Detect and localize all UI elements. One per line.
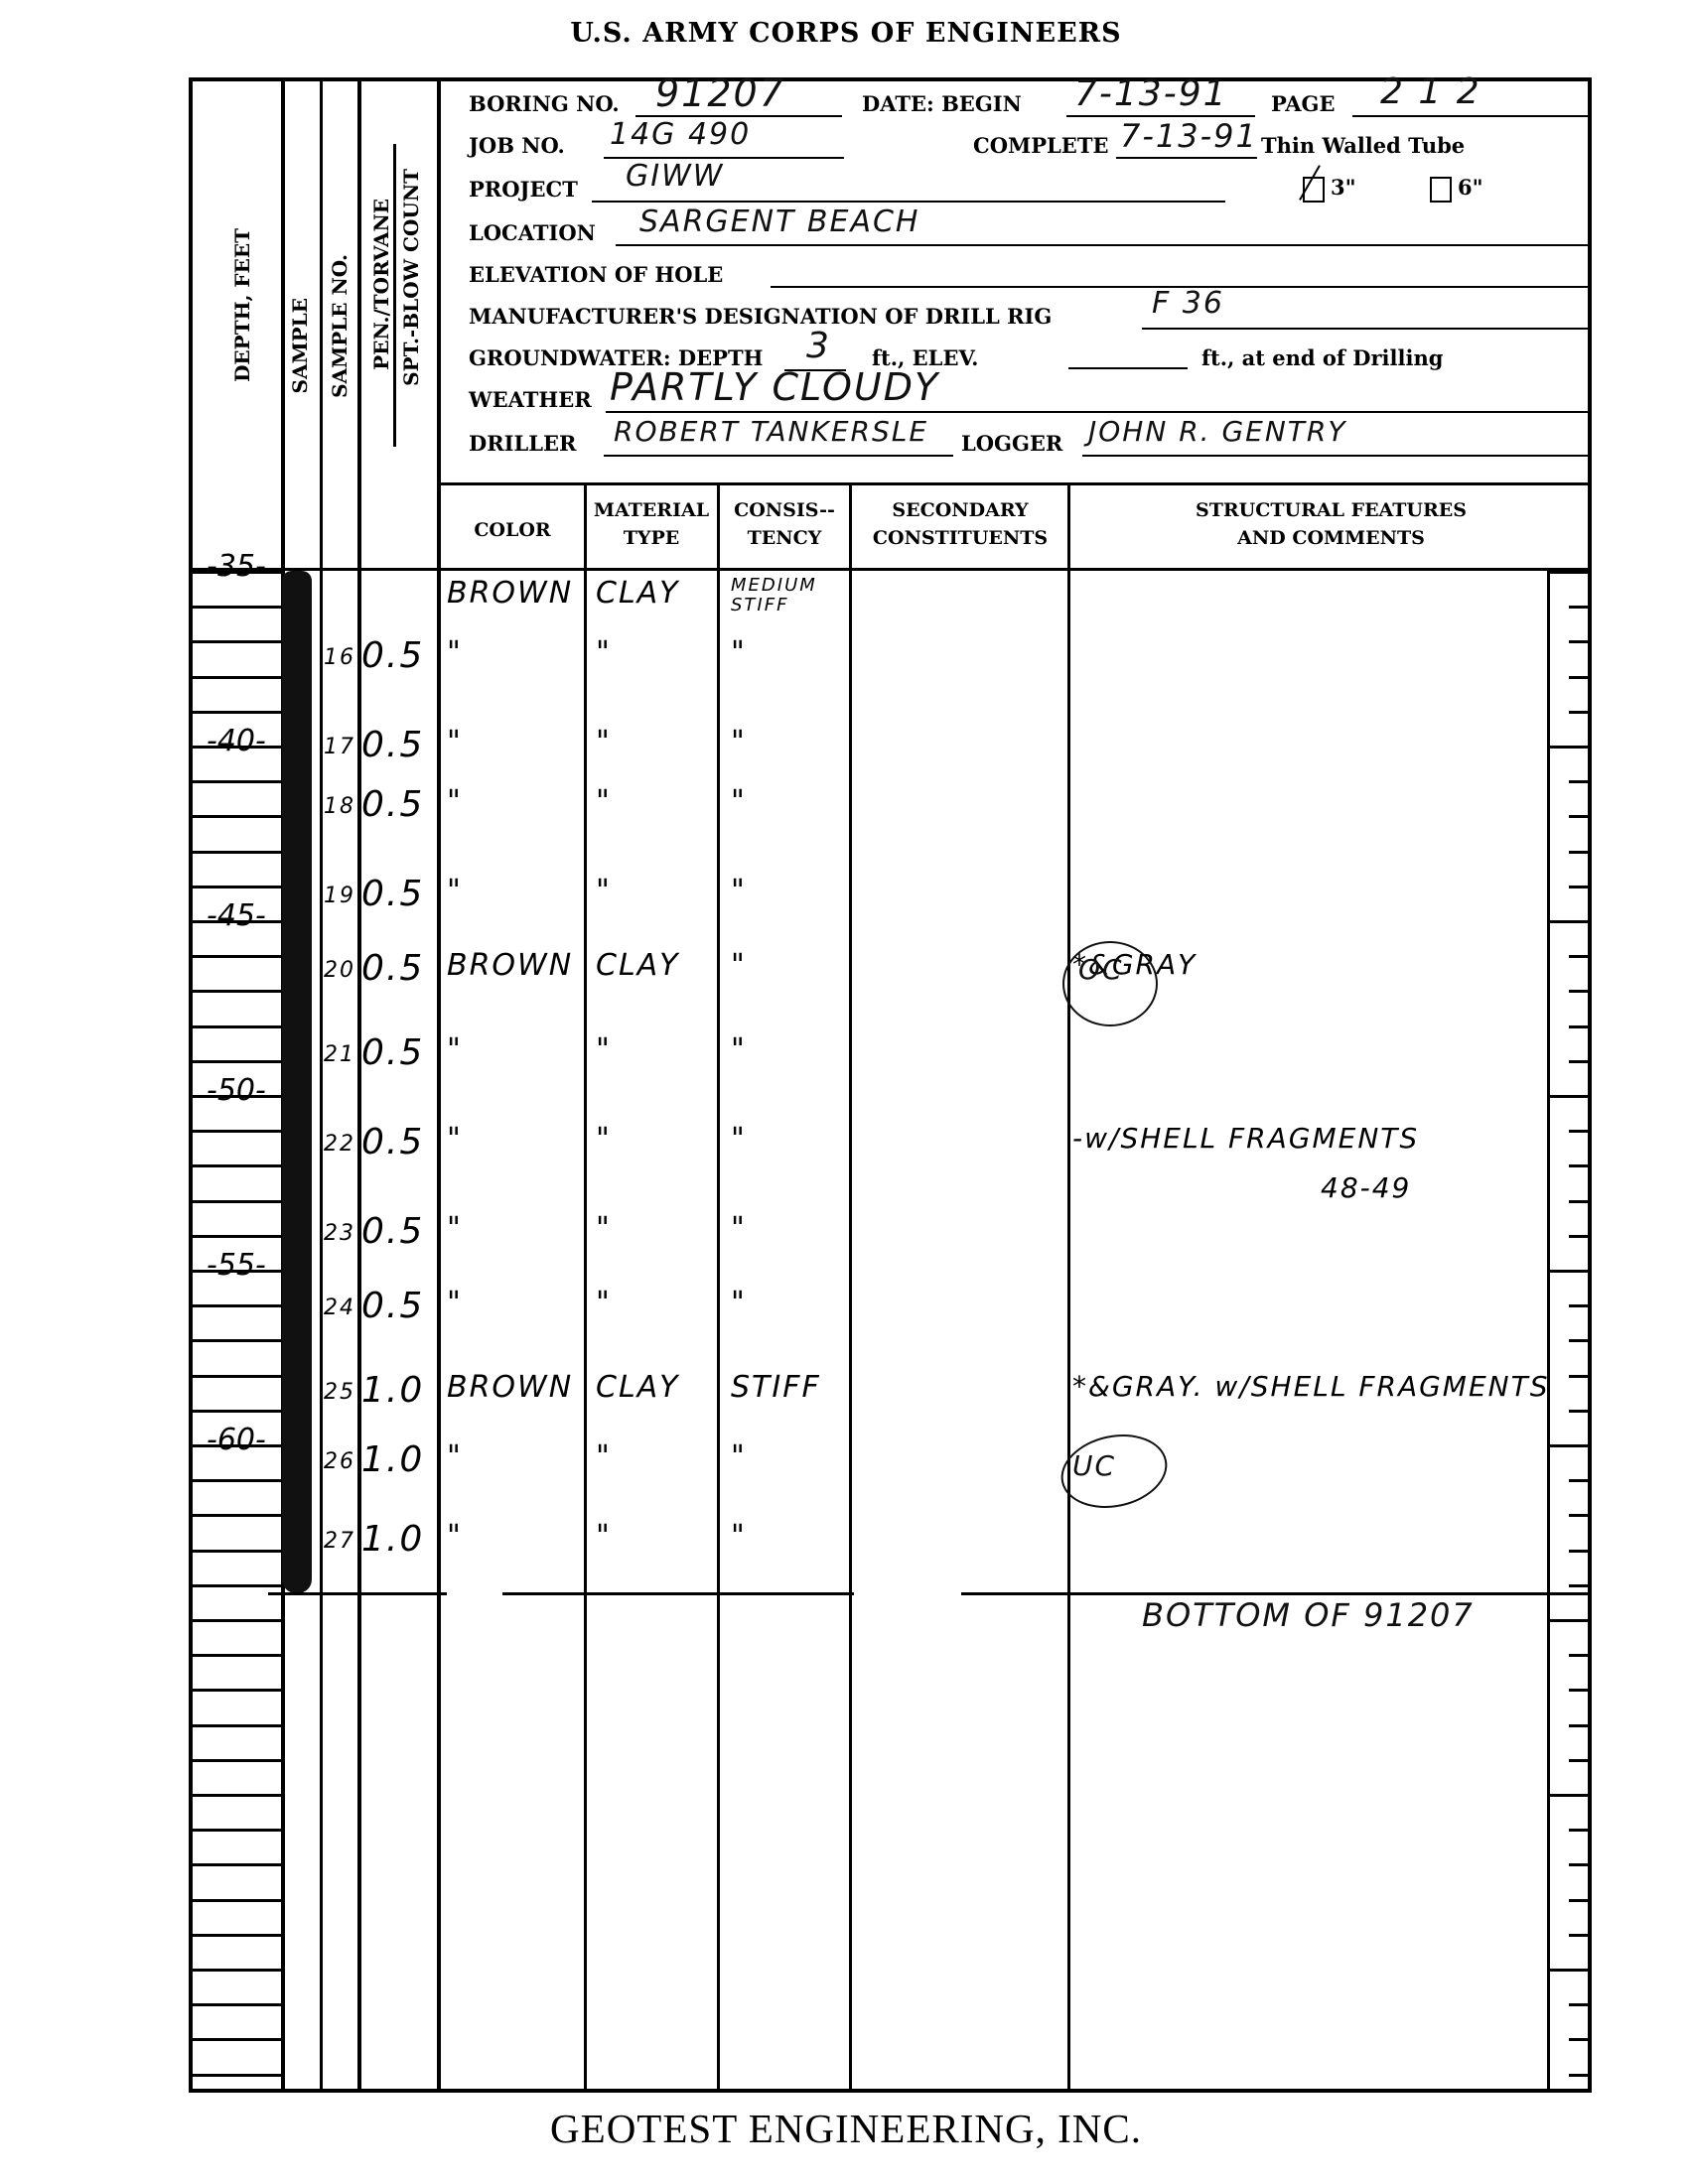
color-cell: BROWN	[447, 948, 573, 983]
scale-tick	[1569, 2003, 1592, 2006]
material-cell: "	[596, 1286, 612, 1320]
scale-tick	[1547, 571, 1592, 574]
scale-tick	[1547, 1095, 1592, 1098]
scale-tick	[1569, 1200, 1592, 1203]
color-cell: "	[447, 725, 463, 759]
material-cell: "	[596, 1211, 612, 1246]
color-cell: BROWN	[447, 1370, 573, 1405]
scale-tick	[1569, 955, 1592, 958]
pen-value-cell: 0.5	[361, 874, 424, 914]
depth-mark: -60-	[207, 1423, 266, 1457]
annotation-uc-text: UC	[1072, 1449, 1116, 1482]
material-cell: CLAY	[596, 948, 680, 983]
begin-date-value: 7-13-91	[1074, 73, 1228, 114]
depth-grid-line	[191, 1410, 282, 1413]
sample-no-cell: 21	[324, 1042, 355, 1067]
col-material-label-1: MATERIAL	[586, 496, 717, 524]
job-no-label: JOB NO.	[469, 133, 565, 158]
consistency-cell: "	[731, 1439, 747, 1474]
end-drilling-label: ft., at end of Drilling	[1201, 345, 1443, 370]
scale-tick	[1569, 1934, 1592, 1937]
scale-tick	[1569, 2038, 1592, 2041]
agency-title: U.S. ARMY CORPS OF ENGINEERS	[0, 18, 1692, 49]
weather-value: PARTLY CLOUDY	[610, 365, 939, 409]
depth-grid-line	[191, 1375, 282, 1378]
scale-tick	[1569, 1724, 1592, 1727]
depth-grid-line	[191, 2003, 282, 2006]
tube-6in-option[interactable]: 6"	[1430, 175, 1483, 203]
tube-6in-label: 6"	[1458, 175, 1483, 200]
color-cell: "	[447, 635, 463, 670]
pen-value-cell: 0.5	[361, 635, 424, 676]
col-color-label: COLOR	[474, 519, 550, 541]
sample-no-cell: 17	[324, 735, 355, 759]
scale-tick	[1569, 1025, 1592, 1028]
scale-tick	[1569, 851, 1592, 854]
tube-6in-checkbox[interactable]	[1430, 177, 1452, 203]
structural-comment-cont: 48-49	[1321, 1171, 1411, 1204]
project-label: PROJECT	[469, 177, 578, 202]
scale-tick	[1547, 1969, 1592, 1972]
col-sample-no-label: SAMPLE NO.	[328, 254, 352, 398]
logger-value: JOHN R. GENTRY	[1088, 415, 1346, 448]
depth-grid-line	[191, 1339, 282, 1342]
log-bottom-line-right	[961, 1592, 1592, 1595]
color-cell: BROWN	[447, 576, 573, 611]
scale-tick	[1569, 1235, 1592, 1238]
pen-value-cell: 1.0	[361, 1519, 424, 1560]
divider-material-consistency	[717, 482, 720, 2091]
depth-mark: -45-	[207, 898, 266, 933]
scale-tick	[1547, 1619, 1592, 1622]
page-label: PAGE	[1271, 91, 1336, 116]
depth-grid-line	[191, 1863, 282, 1866]
col-consistency-label-1: CONSIS--	[719, 496, 850, 524]
scale-tick	[1569, 1654, 1592, 1657]
driller-value: ROBERT TANKERSLE	[614, 415, 928, 448]
depth-grid-line	[191, 2038, 282, 2041]
depth-grid-line	[191, 955, 282, 958]
col-secondary-header: SECONDARYCONSTITUENTS	[852, 496, 1068, 552]
depth-mark: -35-	[207, 549, 266, 584]
pen-value-cell: 0.5	[361, 784, 424, 825]
table-header-bottom	[189, 568, 1592, 571]
scale-tick	[1569, 780, 1592, 783]
depth-grid-line	[191, 815, 282, 818]
depth-grid-line	[191, 1584, 282, 1587]
depth-grid-line	[191, 1619, 282, 1622]
depth-grid-line	[191, 640, 282, 643]
color-cell: "	[447, 1211, 463, 1246]
scale-tick	[1569, 606, 1592, 609]
depth-grid-line	[191, 2074, 282, 2077]
pen-value-cell: 0.5	[361, 948, 424, 989]
depth-grid-line	[191, 1060, 282, 1063]
scale-tick	[1547, 746, 1592, 749]
col-material-label-2: TYPE	[586, 524, 717, 552]
depth-grid-line	[191, 1235, 282, 1238]
divider-pen-info	[437, 79, 441, 2091]
divider-structural-scale	[1547, 568, 1550, 2091]
sample-no-cell: 18	[324, 794, 355, 819]
depth-grid-line	[191, 711, 282, 714]
consistency-cell: "	[731, 784, 747, 819]
depth-grid-line	[191, 1829, 282, 1832]
log-bottom-line-left	[268, 1592, 447, 1595]
depth-grid-line	[191, 1130, 282, 1133]
consistency-cell: MEDIUM STIFF	[731, 576, 830, 615]
structural-comment-cell: *&GRAY. w/SHELL FRAGMENTS	[1072, 1370, 1549, 1403]
sample-no-cell: 19	[324, 884, 355, 908]
driller-label: DRILLER	[469, 431, 576, 456]
depth-grid-line	[191, 676, 282, 679]
material-cell: "	[596, 725, 612, 759]
page-value: 2 1 2	[1380, 71, 1481, 112]
scale-tick	[1569, 2074, 1592, 2077]
pen-value-cell: 0.5	[361, 1286, 424, 1326]
elevation-label: ELEVATION OF HOLE	[469, 262, 723, 287]
scale-tick	[1547, 1794, 1592, 1797]
date-label-group: DATE: BEGIN	[862, 91, 1022, 116]
scale-tick	[1569, 1410, 1592, 1413]
complete-label: COMPLETE	[973, 133, 1108, 158]
pen-value-cell: 1.0	[361, 1370, 424, 1411]
depth-grid-line	[191, 1759, 282, 1762]
pen-value-cell: 1.0	[361, 1439, 424, 1480]
material-cell: CLAY	[596, 576, 680, 611]
depth-grid-line	[191, 780, 282, 783]
consistency-cell: "	[731, 1519, 747, 1554]
consistency-cell: "	[731, 874, 747, 908]
tube-3in-option[interactable]: 3"	[1303, 175, 1356, 203]
depth-grid-line	[191, 990, 282, 993]
structural-comment-cell: -w/SHELL FRAGMENTS	[1072, 1122, 1419, 1155]
scale-tick	[1569, 1550, 1592, 1553]
weather-label: WEATHER	[469, 387, 592, 412]
depth-mark: -40-	[207, 724, 266, 758]
pen-spt-divider	[393, 144, 396, 447]
depth-grid-line	[191, 1794, 282, 1797]
depth-grid-line	[191, 1934, 282, 1937]
depth-grid-line	[191, 1724, 282, 1727]
col-structural-label-1: STRUCTURAL FEATURES	[1070, 496, 1592, 524]
table-header-top	[437, 482, 1592, 485]
material-cell: "	[596, 1439, 612, 1474]
consistency-cell: "	[731, 635, 747, 670]
depth-grid-line	[191, 1479, 282, 1482]
location-label: LOCATION	[469, 220, 596, 245]
sample-no-cell: 26	[324, 1449, 355, 1474]
col-material-header: MATERIALTYPE	[586, 496, 717, 552]
col-consistency-header: CONSIS--TENCY	[719, 496, 850, 552]
scale-tick	[1569, 1164, 1592, 1167]
sample-no-cell: 23	[324, 1221, 355, 1246]
scale-tick	[1547, 1444, 1592, 1447]
material-cell: "	[596, 1032, 612, 1067]
scale-tick	[1569, 990, 1592, 993]
scale-tick	[1569, 886, 1592, 888]
pen-value-cell: 0.5	[361, 1211, 424, 1252]
material-cell: "	[596, 874, 612, 908]
consistency-cell: "	[731, 725, 747, 759]
depth-grid-line	[191, 1969, 282, 1972]
bottom-of-boring-note: BOTTOM OF 91207	[1142, 1596, 1475, 1634]
depth-grid-line	[191, 1304, 282, 1307]
material-cell: "	[596, 784, 612, 819]
tube-label: Thin Walled Tube	[1261, 133, 1465, 158]
location-value: SARGENT BEACH	[639, 205, 919, 239]
drill-rig-value: F 36	[1152, 286, 1224, 321]
depth-grid-line	[191, 1899, 282, 1902]
scale-tick	[1569, 1479, 1592, 1482]
row-boring: BORING NO.	[469, 91, 620, 116]
depth-grid-line	[191, 1200, 282, 1203]
depth-mark: -50-	[207, 1073, 266, 1108]
boring-no-label: BORING NO.	[469, 91, 620, 116]
scale-tick	[1569, 1060, 1592, 1063]
color-cell: "	[447, 1122, 463, 1157]
scale-tick	[1569, 711, 1592, 714]
scale-tick	[1569, 1339, 1592, 1342]
drill-rig-label: MANUFACTURER'S DESIGNATION OF DRILL RIG	[469, 304, 1052, 329]
begin-label: BEGIN	[941, 91, 1022, 116]
depth-grid-line	[191, 851, 282, 854]
col-spt-blow-label: SPT.-BLOW COUNT	[399, 169, 423, 386]
divider-consistency-secondary	[849, 482, 852, 2091]
sample-no-cell: 27	[324, 1529, 355, 1554]
company-footer: GEOTEST ENGINEERING, INC.	[0, 2105, 1692, 2152]
depth-grid-line	[191, 1654, 282, 1657]
sample-no-cell: 20	[324, 958, 355, 983]
annotation-oc-text: OC	[1078, 953, 1124, 986]
pen-value-cell: 0.5	[361, 725, 424, 765]
color-cell: "	[447, 1286, 463, 1320]
groundwater-elev-field[interactable]	[1068, 341, 1188, 369]
col-consistency-label-2: TENCY	[719, 524, 850, 552]
material-cell: "	[596, 1122, 612, 1157]
scale-tick	[1569, 1863, 1592, 1866]
material-cell: "	[596, 1519, 612, 1554]
color-cell: "	[447, 874, 463, 908]
scale-tick	[1547, 1270, 1592, 1273]
elevation-field[interactable]	[771, 256, 1591, 288]
scale-tick	[1569, 1899, 1592, 1902]
consistency-cell: "	[731, 948, 747, 983]
col-secondary-label-2: CONSTITUENTS	[852, 524, 1068, 552]
log-bottom-line-mid	[502, 1592, 854, 1595]
depth-grid-line	[191, 1164, 282, 1167]
groundwater-depth-value: 3	[806, 326, 831, 366]
logger-label: LOGGER	[961, 431, 1062, 456]
scale-tick	[1569, 1375, 1592, 1378]
col-structural-label-2: AND COMMENTS	[1070, 524, 1592, 552]
scale-tick	[1569, 1689, 1592, 1692]
sample-no-cell: 24	[324, 1296, 355, 1320]
scale-tick	[1569, 815, 1592, 818]
consistency-cell: STIFF	[731, 1370, 821, 1405]
scale-tick	[1569, 1759, 1592, 1762]
sample-no-cell: 22	[324, 1132, 355, 1157]
material-cell: "	[596, 635, 612, 670]
scale-tick	[1569, 640, 1592, 643]
sample-recovery-bar	[282, 571, 312, 1593]
color-cell: "	[447, 1032, 463, 1067]
complete-date-value: 7-13-91	[1120, 117, 1258, 155]
scale-tick	[1569, 676, 1592, 679]
color-cell: "	[447, 1439, 463, 1474]
divider-color-material	[584, 482, 587, 2091]
boring-no-value: 91207	[655, 71, 785, 115]
consistency-cell: "	[731, 1211, 747, 1246]
col-pen-torvane-label: PEN./TORVANE	[369, 199, 393, 370]
depth-grid-line	[191, 1689, 282, 1692]
color-cell: "	[447, 784, 463, 819]
tube-3in-label: 3"	[1331, 175, 1356, 200]
consistency-cell: "	[731, 1286, 747, 1320]
col-sample-label: SAMPLE	[288, 298, 312, 393]
depth-grid-line	[191, 1514, 282, 1517]
col-depth-label: DEPTH, FEET	[230, 228, 254, 382]
date-label: DATE:	[862, 91, 934, 116]
divider-sample-sampleno	[320, 79, 323, 2091]
job-no-value: 14G 490	[610, 117, 751, 152]
divider-sampleno-pen	[357, 79, 361, 2091]
scale-tick	[1569, 1584, 1592, 1587]
scale-tick	[1569, 1514, 1592, 1517]
depth-grid-line	[191, 886, 282, 888]
sample-no-cell: 16	[324, 645, 355, 670]
depth-grid-line	[191, 1025, 282, 1028]
depth-grid-line	[191, 606, 282, 609]
divider-secondary-structural	[1067, 482, 1070, 2091]
col-color-header: COLOR	[441, 516, 584, 544]
consistency-cell: "	[731, 1032, 747, 1067]
pen-value-cell: 0.5	[361, 1032, 424, 1073]
tube-3in-checkbox[interactable]	[1303, 177, 1325, 203]
color-cell: "	[447, 1519, 463, 1554]
consistency-cell: "	[731, 1122, 747, 1157]
project-value: GIWW	[626, 159, 724, 194]
sample-no-cell: 25	[324, 1380, 355, 1405]
scale-tick	[1569, 1130, 1592, 1133]
pen-value-cell: 0.5	[361, 1122, 424, 1162]
scale-tick	[1569, 1304, 1592, 1307]
col-secondary-label-1: SECONDARY	[852, 496, 1068, 524]
col-structural-header: STRUCTURAL FEATURESAND COMMENTS	[1070, 496, 1592, 552]
scale-tick	[1547, 920, 1592, 923]
depth-mark: -55-	[207, 1248, 266, 1283]
depth-grid-line	[191, 1550, 282, 1553]
material-cell: CLAY	[596, 1370, 680, 1405]
scale-tick	[1569, 1829, 1592, 1832]
